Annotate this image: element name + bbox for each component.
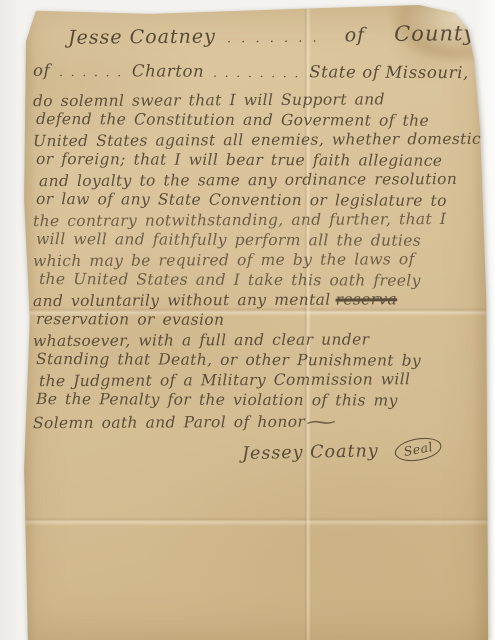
fill-in-dots: . . . . . . . (227, 31, 320, 47)
handwriting-line: Be the Penalty for the violation of this… (36, 389, 484, 411)
handwriting-line-closing: Solemn oath and Parol of honor~ (33, 409, 484, 431)
handwriting-line: which may be required of me by the laws … (33, 249, 484, 271)
handwriting-line-with-strikeout: and voluntarily without any mentalreserv… (33, 289, 484, 311)
document-paper-shadow: Jesse Coatney . . . . . . . of County of… (18, 5, 490, 640)
seal-mark: Seal (393, 434, 444, 464)
line-text: Solemn oath and Parol of honor (33, 413, 305, 432)
handwriting-line: the United States and I take this oath f… (39, 269, 484, 291)
county-name: Charton (132, 61, 204, 80)
handwriting-line: defend the Constitution and Goverment of… (36, 109, 484, 131)
handwriting-line: or law of any State Convention or legisl… (36, 189, 484, 211)
county-state-line: of . . . . . . Charton . . . . . . . . S… (33, 61, 469, 82)
state-name: State of Missouri, (309, 62, 469, 82)
handwriting-line: do solemnl swear that I will Support and (33, 89, 484, 111)
handwriting-line: or foreign; that I will bear true faith … (36, 149, 484, 171)
fill-in-dots: . . . . . . (59, 65, 123, 79)
handwriting-line: Standing that Death, or other Punishment… (36, 349, 484, 371)
fill-in-dots: . . . . . . . . (213, 66, 300, 80)
document-paper: Jesse Coatney . . . . . . . of County of… (18, 5, 490, 640)
handwriting-line: the Judgment of a Military Commission wi… (39, 369, 484, 391)
handwriting-line: whatsoever, with a full and clear under (33, 329, 484, 351)
scanner-background: { "letter": { "heading": { "name": "Jess… (0, 0, 495, 640)
handwriting-line: and loyalty to the same any ordinance re… (39, 169, 484, 191)
handwriting-line: United States against all enemies, wheth… (33, 129, 484, 151)
struck-out-word: reserva (336, 290, 398, 308)
signer-name: Jesse Coatney (68, 25, 216, 48)
signature-name: Jessey Coatny (242, 441, 379, 464)
county-word: County (394, 21, 476, 46)
handwriting-line: the contrary notwithstanding, and furthe… (33, 209, 484, 231)
of-word: of (33, 61, 50, 80)
heading-line: Jesse Coatney . . . . . . . of County (68, 21, 476, 49)
pen-flourish: ~ (303, 412, 341, 432)
of-word: of (345, 24, 366, 46)
handwriting-line: reservation or evasion (36, 309, 484, 331)
signature-block: Jessey Coatny Seal (242, 440, 443, 466)
line-text: and voluntarily without any mental (33, 291, 331, 311)
handwriting-line: will well and faithfully perform all the… (36, 229, 484, 251)
oath-body-text: do solemnl swear that I will Support and… (33, 90, 484, 430)
